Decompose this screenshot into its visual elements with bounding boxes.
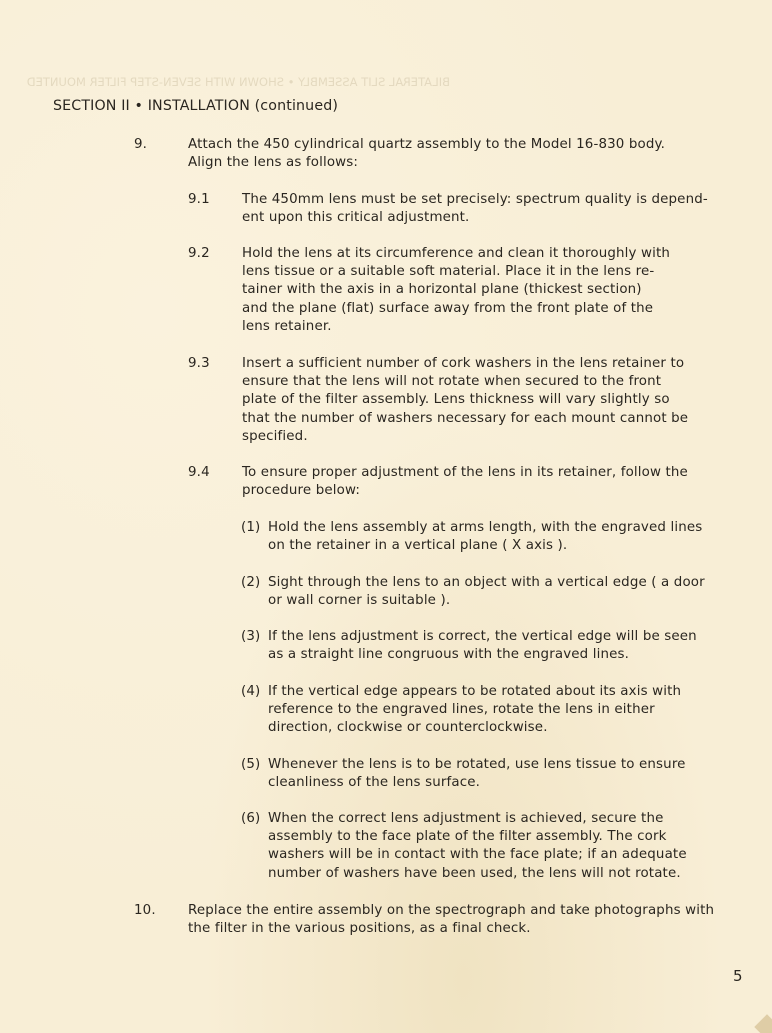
procedure-text: When the correct lens adjustment is achi… xyxy=(268,810,741,883)
procedure-text: Hold the lens assembly at arms length, w… xyxy=(268,519,741,555)
substep-9-1: 9.1 The 450mm lens must be set precisely… xyxy=(188,191,728,227)
substep-number: 9.1 xyxy=(188,191,210,209)
procedure-item-5: (5) Whenever the lens is to be rotated, … xyxy=(241,756,741,792)
substep-9-2: 9.2 Hold the lens at its circumference a… xyxy=(188,245,728,336)
procedure-text: Whenever the lens is to be rotated, use … xyxy=(268,756,741,792)
procedure-number: (5) xyxy=(241,756,260,774)
substep-text: Hold the lens at its circumference and c… xyxy=(242,245,728,336)
section-heading: SECTION II • INSTALLATION (continued) xyxy=(53,98,338,114)
substep-text: Insert a sufficient number of cork washe… xyxy=(242,355,728,446)
step-number: 10. xyxy=(134,902,156,920)
procedure-item-1: (1) Hold the lens assembly at arms lengt… xyxy=(241,519,741,555)
step-10: 10. Replace the entire assembly on the s… xyxy=(134,902,754,938)
substep-number: 9.4 xyxy=(188,464,210,482)
procedure-item-2: (2) Sight through the lens to an object … xyxy=(241,574,741,610)
substep-9-4: 9.4 To ensure proper adjustment of the l… xyxy=(188,464,728,500)
procedure-number: (2) xyxy=(241,574,260,592)
substep-9-3: 9.3 Insert a sufficient number of cork w… xyxy=(188,355,728,446)
page-corner-mark xyxy=(754,1014,772,1033)
bleed-through-text: BILATERAL SLIT ASSEMBLY • SHOWN WITH SEV… xyxy=(70,75,450,89)
step-text: Attach the 450 cylindrical quartz assemb… xyxy=(188,136,754,172)
substep-number: 9.2 xyxy=(188,245,210,263)
procedure-number: (3) xyxy=(241,628,260,646)
procedure-item-3: (3) If the lens adjustment is correct, t… xyxy=(241,628,741,664)
step-number: 9. xyxy=(134,136,147,154)
step-9: 9. Attach the 450 cylindrical quartz ass… xyxy=(134,136,754,172)
procedure-item-6: (6) When the correct lens adjustment is … xyxy=(241,810,741,883)
procedure-number: (4) xyxy=(241,683,260,701)
substep-number: 9.3 xyxy=(188,355,210,373)
procedure-item-4: (4) If the vertical edge appears to be r… xyxy=(241,683,741,738)
substep-text: The 450mm lens must be set precisely: sp… xyxy=(242,191,728,227)
procedure-text: If the lens adjustment is correct, the v… xyxy=(268,628,741,664)
substep-text: To ensure proper adjustment of the lens … xyxy=(242,464,728,500)
procedure-text: If the vertical edge appears to be rotat… xyxy=(268,683,741,738)
procedure-number: (6) xyxy=(241,810,260,828)
procedure-number: (1) xyxy=(241,519,260,537)
page-number: 5 xyxy=(733,967,743,985)
step-text: Replace the entire assembly on the spect… xyxy=(188,902,754,938)
procedure-text: Sight through the lens to an object with… xyxy=(268,574,741,610)
